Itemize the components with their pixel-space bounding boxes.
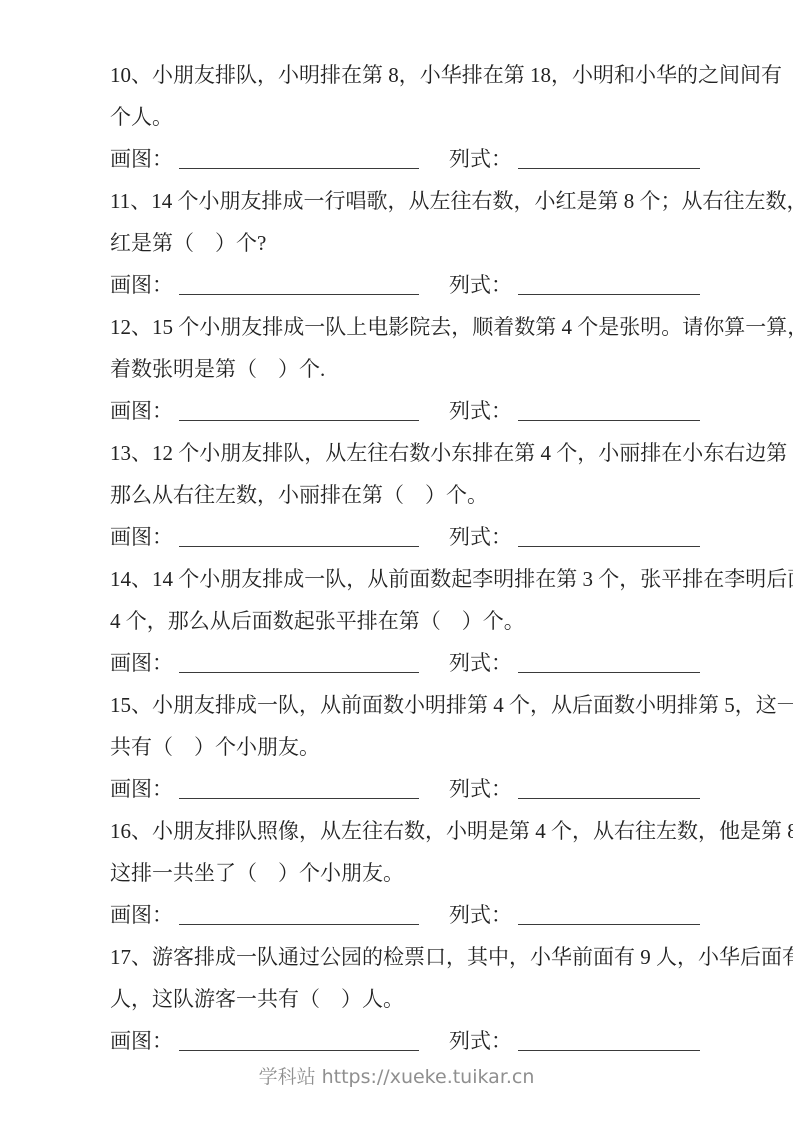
- worksheet-content: 10、小朋友排队，小明排在第 8，小华排在第 18，小明和小华的之间间有（ ） …: [110, 54, 695, 1062]
- draw-blank-line: [179, 420, 419, 421]
- problem-text-line-2: 红是第（ ）个?: [110, 222, 695, 264]
- draw-label: 画图：: [110, 399, 173, 423]
- formula-label: 列式：: [449, 273, 512, 297]
- draw-label: 画图：: [110, 651, 173, 675]
- draw-label: 画图：: [110, 903, 173, 927]
- problem-text-line-2: 个人。: [110, 96, 695, 138]
- answer-row: 画图：列式：: [110, 516, 695, 558]
- draw-label: 画图：: [110, 1029, 173, 1053]
- draw-label: 画图：: [110, 273, 173, 297]
- draw-label: 画图：: [110, 147, 173, 171]
- problem-text-line-1: 15、小朋友排成一队，从前面数小明排第 4 个，从后面数小明排第 5，这一队一: [110, 684, 695, 726]
- formula-blank-line: [518, 798, 700, 799]
- draw-blank-line: [179, 168, 419, 169]
- answer-row: 画图：列式：: [110, 894, 695, 936]
- problem-item-16: 16、小朋友排队照像，从左往右数，小明是第 4 个，从右往左数，他是第 8 个。…: [110, 810, 695, 936]
- problem-text-line-1: 12、15 个小朋友排成一队上电影院去，顺着数第 4 个是张明。请你算一算，倒: [110, 306, 695, 348]
- formula-blank-line: [518, 672, 700, 673]
- formula-blank-line: [518, 294, 700, 295]
- problem-item-11: 11、14 个小朋友排成一行唱歌，从左往右数，小红是第 8 个；从右往左数， 红…: [110, 180, 695, 306]
- problem-text-line-1: 14、14 个小朋友排成一队，从前面数起李明排在第 3 个，张平排在李明后面第: [110, 558, 695, 600]
- problem-text-line-2: 这排一共坐了（ ）个小朋友。: [110, 852, 695, 894]
- problem-item-13: 13、12 个小朋友排队，从左往右数小东排在第 4 个，小丽排在小东右边第 3 …: [110, 432, 695, 558]
- formula-blank-line: [518, 168, 700, 169]
- worksheet-page: { "labels": { "draw": "画图：", "formula": …: [0, 0, 793, 1122]
- problem-item-14: 14、14 个小朋友排成一队，从前面数起李明排在第 3 个，张平排在李明后面第 …: [110, 558, 695, 684]
- formula-label: 列式：: [449, 1029, 512, 1053]
- draw-blank-line: [179, 546, 419, 547]
- answer-row: 画图：列式：: [110, 390, 695, 432]
- answer-row: 画图：列式：: [110, 138, 695, 180]
- problem-item-15: 15、小朋友排成一队，从前面数小明排第 4 个，从后面数小明排第 5，这一队一 …: [110, 684, 695, 810]
- draw-blank-line: [179, 294, 419, 295]
- problem-text-line-1: 17、游客排成一队通过公园的检票口，其中，小华前面有 9 人，小华后面有 6: [110, 936, 695, 978]
- formula-blank-line: [518, 546, 700, 547]
- formula-blank-line: [518, 420, 700, 421]
- draw-label: 画图：: [110, 525, 173, 549]
- answer-row: 画图：列式：: [110, 1020, 695, 1062]
- draw-blank-line: [179, 672, 419, 673]
- formula-label: 列式：: [449, 399, 512, 423]
- footer-watermark: 学科站 https://xueke.tuikar.cn: [0, 1062, 793, 1089]
- answer-row: 画图：列式：: [110, 264, 695, 306]
- formula-label: 列式：: [449, 903, 512, 927]
- draw-blank-line: [179, 1050, 419, 1051]
- problem-text-line-1: 13、12 个小朋友排队，从左往右数小东排在第 4 个，小丽排在小东右边第 3 …: [110, 432, 695, 474]
- draw-blank-line: [179, 798, 419, 799]
- problem-text-line-1: 11、14 个小朋友排成一行唱歌，从左往右数，小红是第 8 个；从右往左数，: [110, 180, 695, 222]
- problem-text-line-2: 4 个，那么从后面数起张平排在第（ ）个。: [110, 600, 695, 642]
- draw-label: 画图：: [110, 777, 173, 801]
- problem-item-10: 10、小朋友排队，小明排在第 8，小华排在第 18，小明和小华的之间间有（ ） …: [110, 54, 695, 180]
- answer-row: 画图：列式：: [110, 768, 695, 810]
- formula-label: 列式：: [449, 147, 512, 171]
- problem-item-17: 17、游客排成一队通过公园的检票口，其中，小华前面有 9 人，小华后面有 6 人…: [110, 936, 695, 1062]
- formula-label: 列式：: [449, 651, 512, 675]
- problem-text-line-2: 人，这队游客一共有（ ）人。: [110, 978, 695, 1020]
- formula-blank-line: [518, 924, 700, 925]
- answer-row: 画图：列式：: [110, 642, 695, 684]
- problem-item-12: 12、15 个小朋友排成一队上电影院去，顺着数第 4 个是张明。请你算一算，倒 …: [110, 306, 695, 432]
- problem-text-line-2: 那么从右往左数，小丽排在第（ ）个。: [110, 474, 695, 516]
- problem-text-line-1: 16、小朋友排队照像，从左往右数，小明是第 4 个，从右往左数，他是第 8 个。: [110, 810, 695, 852]
- problem-text-line-1: 10、小朋友排队，小明排在第 8，小华排在第 18，小明和小华的之间间有（ ）: [110, 54, 695, 96]
- problem-text-line-2: 共有（ ）个小朋友。: [110, 726, 695, 768]
- formula-blank-line: [518, 1050, 700, 1051]
- draw-blank-line: [179, 924, 419, 925]
- formula-label: 列式：: [449, 777, 512, 801]
- formula-label: 列式：: [449, 525, 512, 549]
- problem-text-line-2: 着数张明是第（ ）个.: [110, 348, 695, 390]
